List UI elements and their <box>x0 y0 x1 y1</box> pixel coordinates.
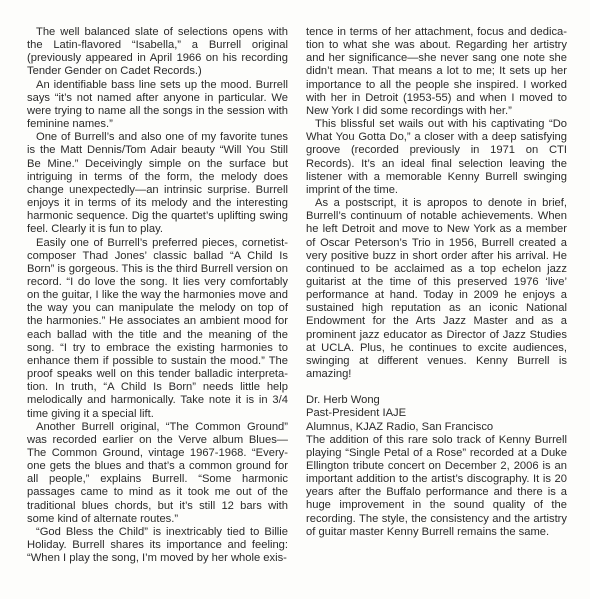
paragraph-bass-line: An identifiable bass line sets up the mo… <box>27 79 288 132</box>
paragraph-will-you-still-be-mine: One of Burrell’s and also one of my favo… <box>27 131 288 236</box>
closing-note: The addition of this rare solo track of … <box>306 434 567 539</box>
paragraph-common-ground: Another Burrell original, “The Common Gr… <box>27 421 288 526</box>
paragraph-god-bless-the-child: “God Bless the Child” is inextricably ti… <box>27 526 288 565</box>
paragraph-a-child-is-born: Easily one of Burrell’s preferred pieces… <box>27 237 288 421</box>
paragraph-continuation: tence in terms of her attachment, focus … <box>306 26 567 118</box>
signature-block: Dr. Herb Wong Past-President IAJE Alumnu… <box>306 394 567 433</box>
paragraph-do-what-you-gotta-do: This blissful set wails out with his cap… <box>306 118 567 197</box>
paragraph-isabella: The well balanced slate of selections op… <box>27 26 288 79</box>
left-column: The well balanced slate of selections op… <box>27 26 288 565</box>
signature-name: Dr. Herb Wong <box>306 394 567 407</box>
signature-affiliation: Alumnus, KJAZ Radio, San Francisco <box>306 421 567 434</box>
signature-title: Past-President IAJE <box>306 407 567 420</box>
right-column: tence in terms of her attachment, focus … <box>306 26 567 539</box>
paragraph-postscript: As a postscript, it is apropos to denote… <box>306 197 567 381</box>
